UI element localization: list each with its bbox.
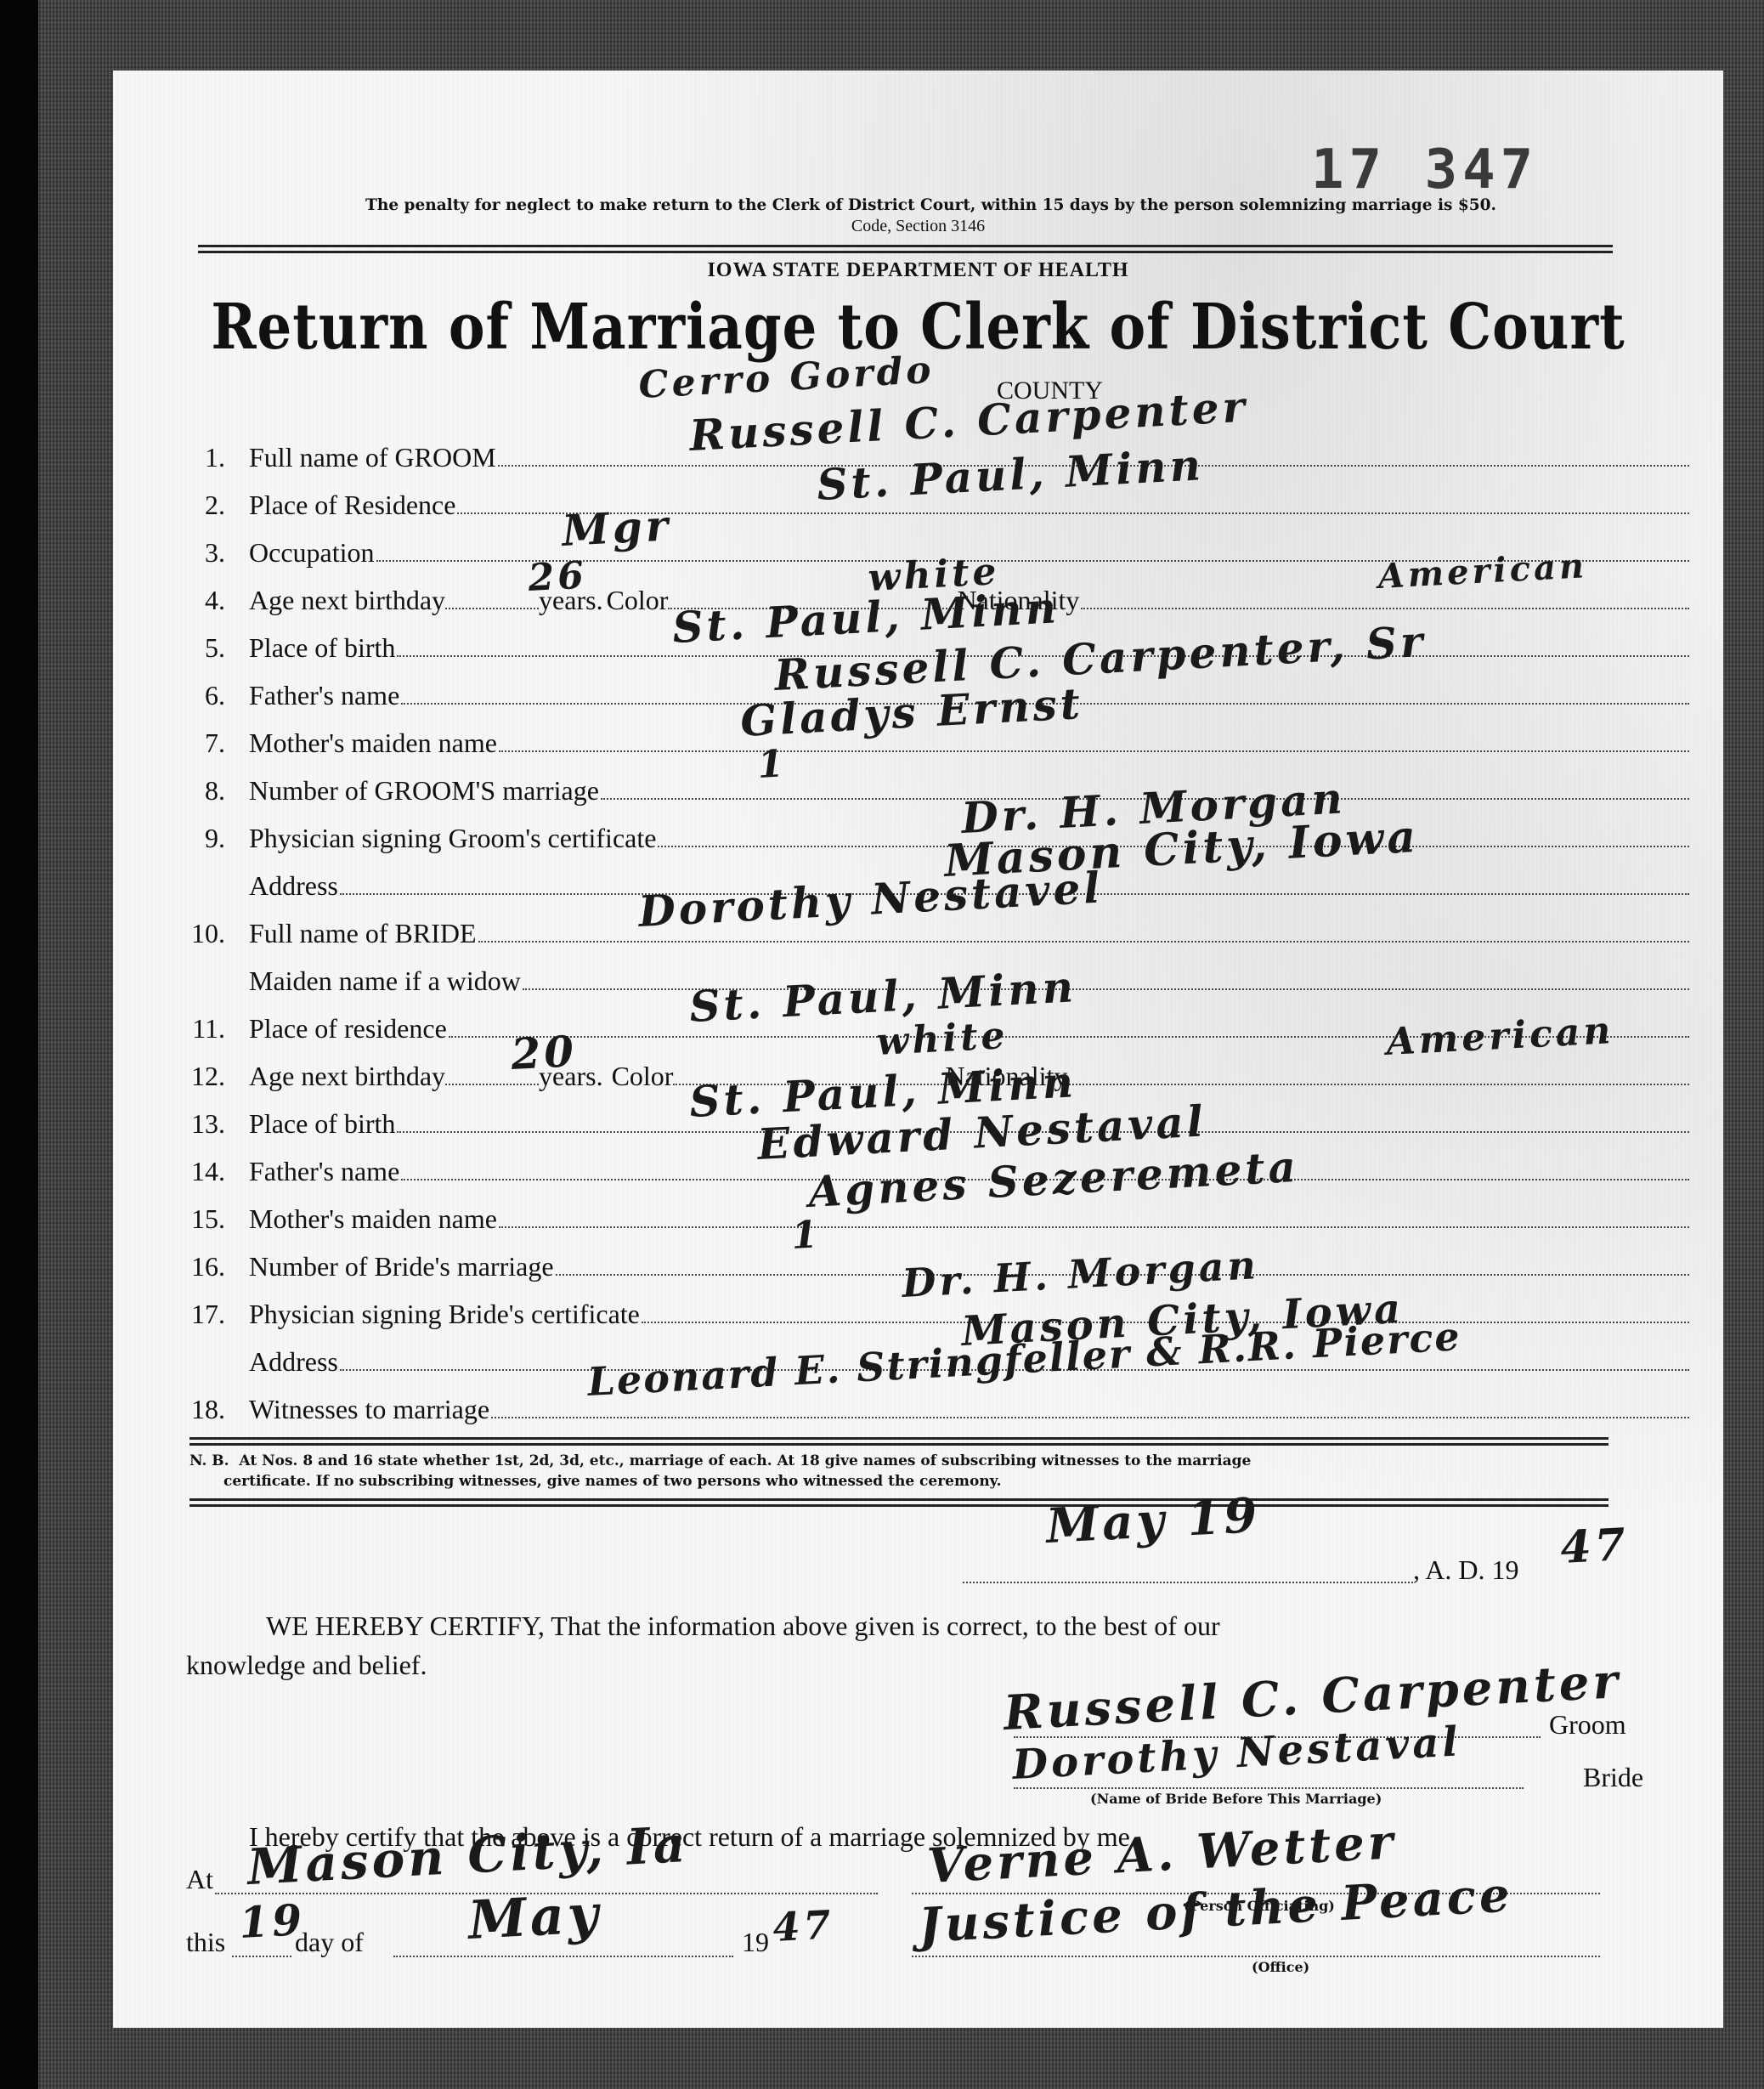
bride-age-value: 20 <box>510 1026 579 1079</box>
bride-caption: (Name of Bride Before This Marriage) <box>1090 1791 1382 1807</box>
groom-marriage-number-value: 1 <box>756 742 788 787</box>
certification-date-value: May 19 <box>1045 1487 1262 1554</box>
bride-marriage-number-value: 1 <box>790 1213 822 1258</box>
ceremony-month-value: May <box>466 1882 602 1951</box>
penalty-notice: The penalty for neglect to make return t… <box>189 196 1672 214</box>
office-caption: (Office) <box>1252 1959 1309 1975</box>
groom-age-value: 26 <box>527 553 588 600</box>
marriage-return-document: 17 347 The penalty for neglect to make r… <box>113 71 1723 2028</box>
this-label: this <box>186 1927 225 1958</box>
certification-statement-line2: knowledge and belief. <box>186 1650 427 1681</box>
code-section: Code, Section 3146 <box>113 217 1723 236</box>
ad-label: , A. D. 19 <box>1413 1554 1518 1586</box>
certification-statement-line1: WE HEREBY CERTIFY, That the information … <box>266 1611 1220 1642</box>
scan-border-left <box>0 0 38 2089</box>
certification-year-value: 47 <box>1559 1519 1630 1574</box>
field-groom-marriage-number: 8. Number of GROOM'S marriage <box>189 759 1689 807</box>
groom-signature-label: Groom <box>1549 1709 1626 1741</box>
note-rule-bottom <box>189 1498 1609 1507</box>
note-rule-top <box>189 1437 1609 1446</box>
bride-color-value: white <box>875 1014 1009 1064</box>
serial-number: 17 347 <box>1311 139 1538 201</box>
bride-signature-label: Bride <box>1583 1762 1643 1793</box>
ceremony-year-value: 47 <box>772 1901 835 1950</box>
ceremony-year-prefix: 19 <box>742 1927 769 1958</box>
at-label: At <box>186 1864 213 1895</box>
header-rule <box>198 245 1613 253</box>
day-of-label: day of <box>295 1927 364 1958</box>
groom-occupation-value: Mgr <box>561 500 673 556</box>
field-groom-physician: 9. Physician signing Groom's certificate <box>189 807 1689 854</box>
nb-note: N. B. At Nos. 8 and 16 state whether 1st… <box>189 1451 1617 1492</box>
department-name: IOWA STATE DEPARTMENT OF HEALTH <box>113 259 1723 282</box>
